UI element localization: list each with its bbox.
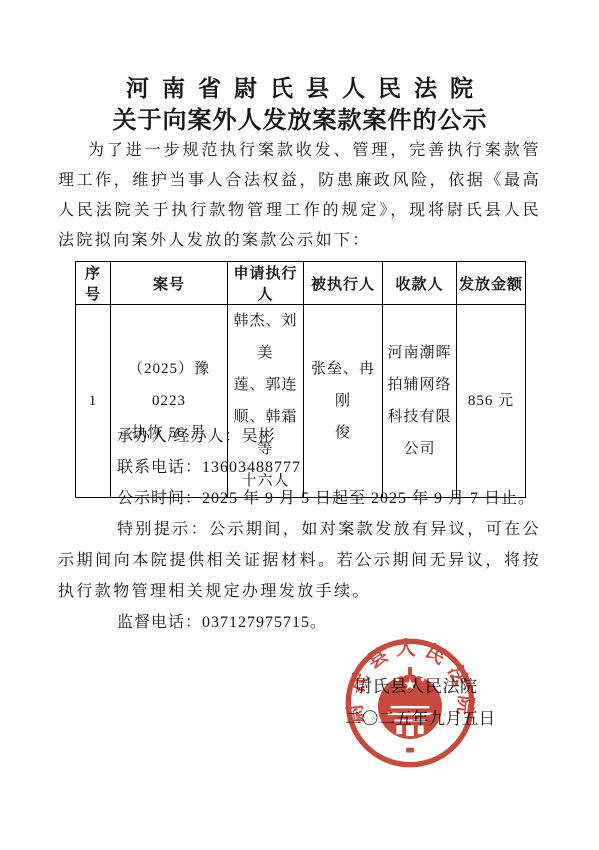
intro-paragraph: 为了进一步规范执行案款收发、管理，完善执行案款管理工作，维护当事人合法权益，防患… (58, 136, 541, 256)
court-seal-icon: 尉氏县人民法院 (342, 635, 478, 771)
notice-title: 关于向案外人发放案款案件的公示 (0, 100, 599, 135)
header-payee: 收款人 (383, 262, 457, 305)
header-case-no: 案号 (111, 262, 228, 305)
special-notice-paragraph: 特别提示：公示期间，如对案款发放有异议，可在公示期间向本院提供相关证据材料。若公… (58, 514, 541, 607)
table-header-row: 序号 案号 申请执行人 被执行人 收款人 发放金额 (76, 262, 526, 305)
supervision-phone-line: 监督电话：037127975715。 (58, 607, 541, 638)
header-amount: 发放金额 (457, 262, 526, 305)
header-respondent: 被执行人 (304, 262, 383, 305)
national-emblem-icon (378, 667, 442, 739)
court-notice-document: 河南省尉氏县人民法院 关于向案外人发放案款案件的公示 为了进一步规范执行案款收发… (0, 0, 599, 850)
court-seal-stamp: 尉氏县人民法院 (342, 635, 478, 771)
contact-phone-line: 联系电话：13603488777 (58, 452, 541, 483)
header-index: 序号 (76, 262, 111, 305)
publicity-period-line: 公示时间：2025 年 9 月 5 日起至 2025 年 9 月 7 日止。 (58, 483, 541, 514)
handler-line: 承办人/经办人：吴彬 (58, 421, 541, 452)
detail-lines: 承办人/经办人：吴彬 联系电话：13603488777 公示时间：2025 年 … (58, 421, 541, 638)
court-name-title: 河南省尉氏县人民法院 (0, 70, 599, 103)
header-applicant: 申请执行人 (228, 262, 304, 305)
seal-bottom-mark (406, 748, 414, 753)
